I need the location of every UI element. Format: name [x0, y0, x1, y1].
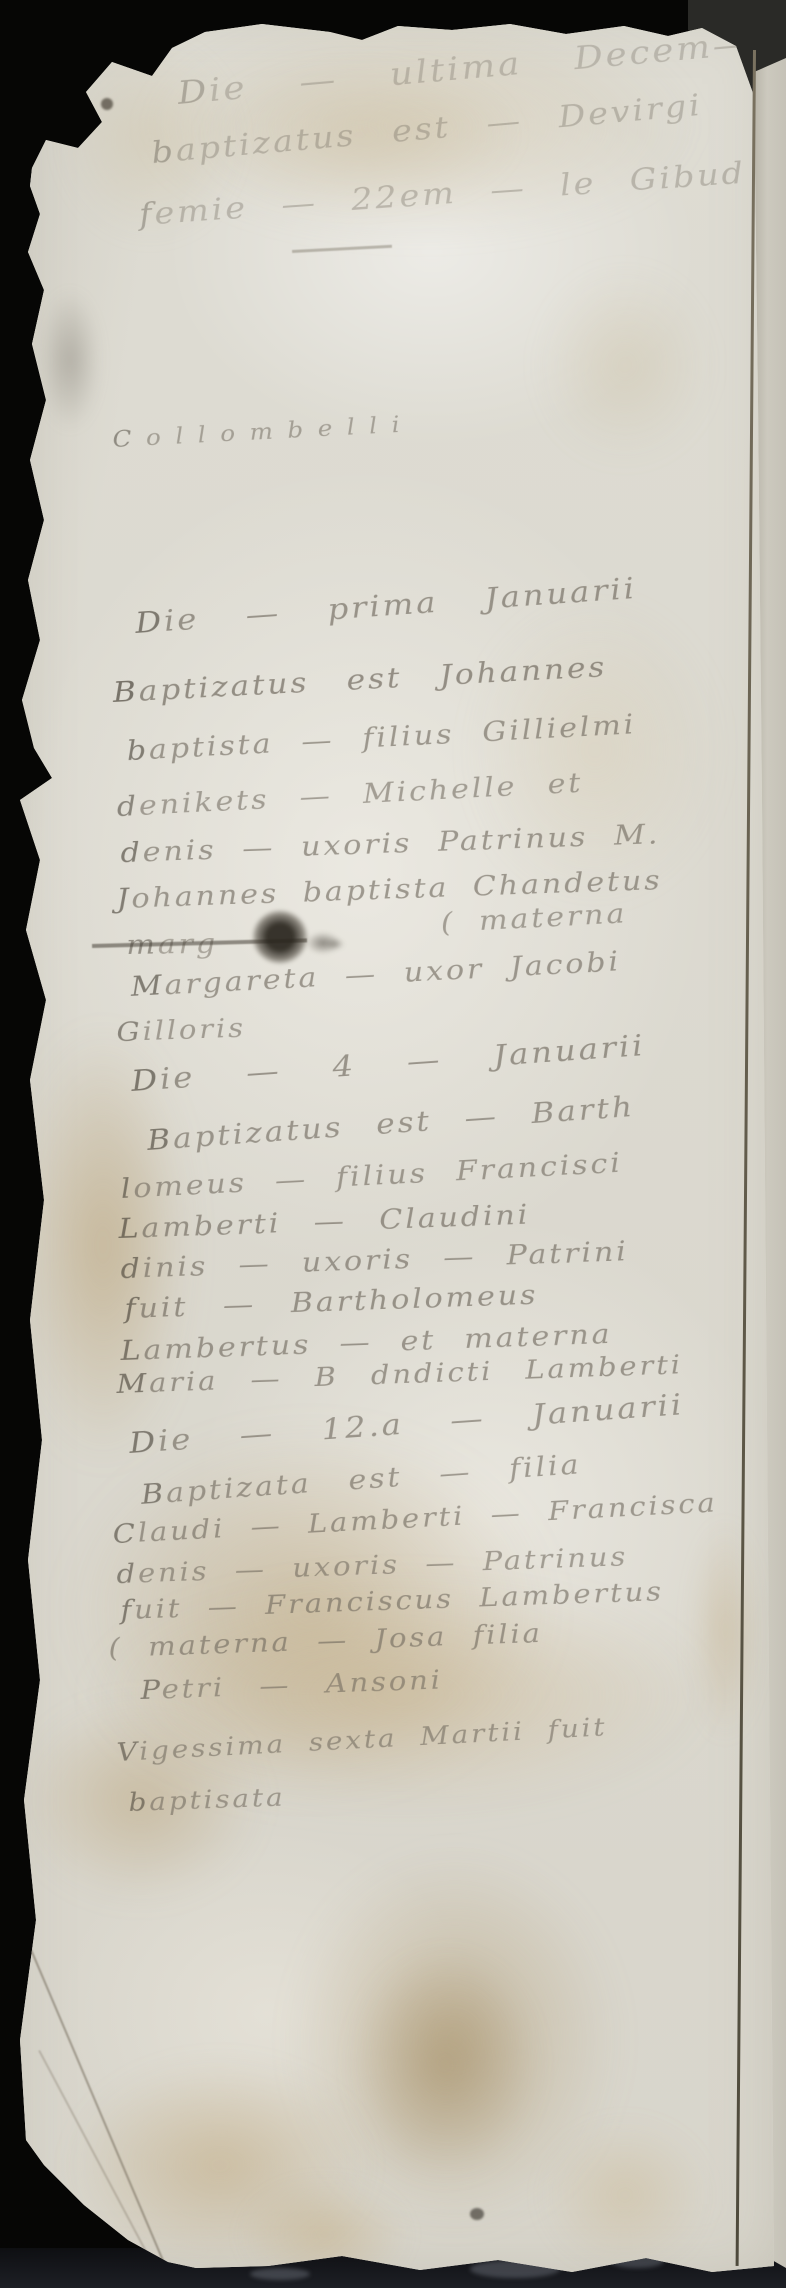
photographed-manuscript-scene: Die — ultima Decem—baptizatus est — Devi…: [0, 0, 786, 2288]
manuscript-line-header-3: femie — 22em — le Gibud: [138, 156, 747, 233]
manuscript-line-record-1-1: Die — prima Januarii: [134, 571, 638, 640]
manuscript-line-footer-note-1: Vigessima sexta Martii fuit: [116, 1712, 608, 1767]
manuscript-line-record-1-3: baptista — filius Gillielmi: [126, 709, 637, 767]
manuscript-line-record-1-5: denis — uxoris Patrinus M.: [120, 819, 661, 869]
manuscript-line-record-3-6: ( materna — Josa filia: [108, 1619, 543, 1664]
ink-blot-satellite: [322, 936, 348, 952]
manuscript-line-record-1-8: ( materna: [440, 898, 628, 939]
manuscript-line-record-2-4: Lamberti — Claudini: [118, 1200, 531, 1245]
manuscript-line-record-2-2: Baptizatus est — Barth: [146, 1090, 636, 1157]
manuscript-line-record-1-2: Baptizatus est Johannes: [112, 650, 608, 709]
manuscript-page: Die — ultima Decem—baptizatus est — Devi…: [0, 0, 786, 2288]
manuscript-line-footer-note-2: baptisata: [128, 1783, 286, 1817]
manuscript-line-record-2-5: dinis — uxoris — Patrini: [120, 1236, 629, 1285]
text-layer: Die — ultima Decem—baptizatus est — Devi…: [0, 0, 786, 2288]
backdrop-speckle: [250, 2268, 310, 2280]
manuscript-line-record-1-4: denikets — Michelle et: [116, 768, 584, 823]
manuscript-line-record-3-7: Petri — Ansoni: [140, 1665, 443, 1706]
manuscript-line-record-2-3: lomeus — filius Francisci: [120, 1148, 623, 1205]
manuscript-line-record-3-1: Die — 12.a — Januarii: [128, 1387, 685, 1460]
manuscript-line-record-1-10: Gilloris: [116, 1013, 246, 1047]
manuscript-line-place-1: Collombelli: [112, 412, 415, 453]
manuscript-line-record-2-6: fuit — Bartholomeus: [124, 1280, 539, 1325]
